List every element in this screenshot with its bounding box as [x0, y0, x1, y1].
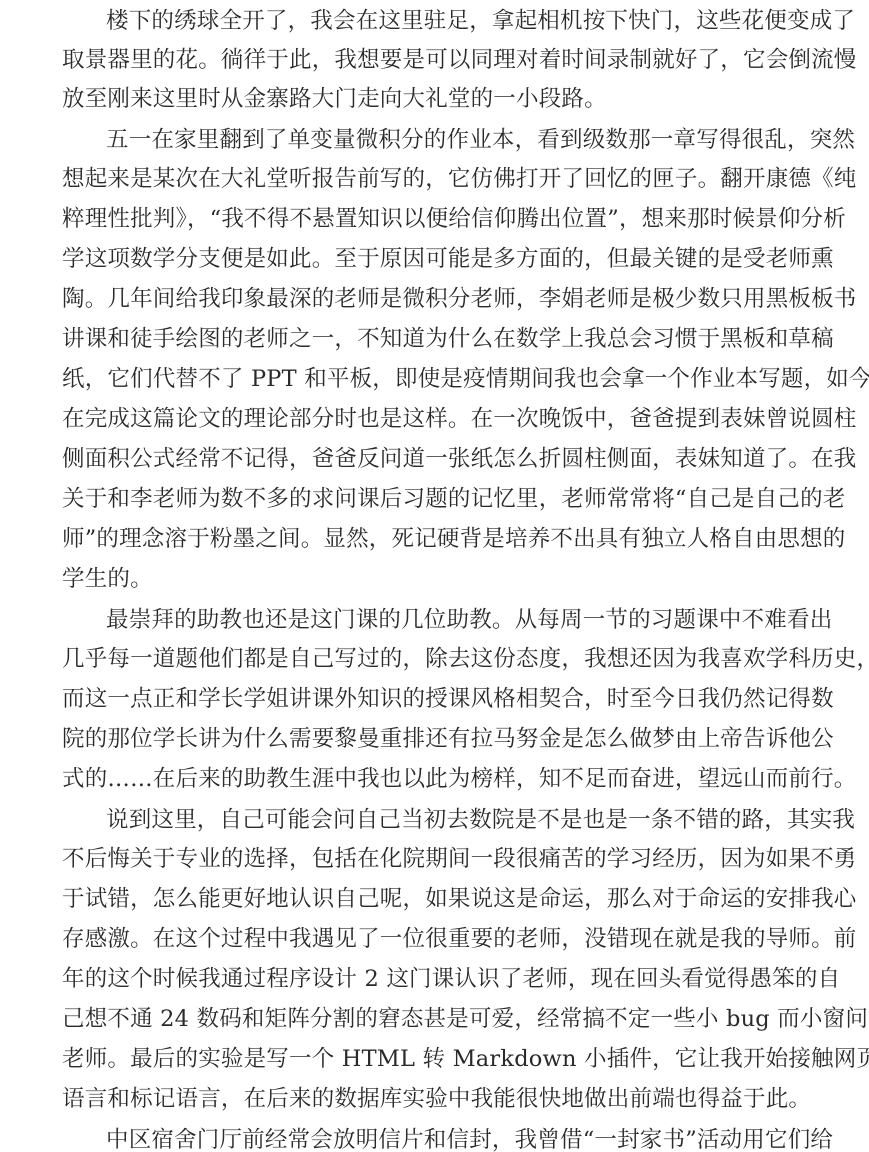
paragraph-2-line-8: 在完成这篇论文的理论部分时也是这样。在一次晚饭中，爸爸提到表妹曾说圆柱: [62, 400, 857, 439]
paragraph-3-line-4: 院的那位学长讲为什么需要黎曼重排还有拉马努金是怎么做梦由上帝告诉他公: [62, 720, 834, 759]
paragraph-2-line-12: 学生的。: [62, 560, 153, 599]
paragraph-2-line-4: 学这项数学分支便是如此。至于原因可能是多方面的，但最关键的是受老师熏: [62, 240, 834, 279]
paragraph-2-line-9: 侧面积公式经常不记得，爸爸反问道一张纸怎么折圆柱侧面，表妹知道了。在我: [62, 440, 857, 479]
paragraph-2-line-5: 陶。几年间给我印象最深的老师是微积分老师，李娟老师是极少数只用黑板板书: [62, 280, 857, 319]
paragraph-3-line-2: 几乎每一道题他们都是自己写过的，除去这份态度，我想还因为我喜欢学科历史，: [62, 640, 869, 679]
paragraph-1-line-3: 放至刚来这里时从金寨路大门走向大礼堂的一小段路。: [62, 80, 607, 119]
paragraph-1-line-2: 取景器里的花。徜徉于此，我想要是可以同理对着时间录制就好了，它会倒流慢: [62, 41, 857, 80]
paragraph-4-line-7: 老师。最后的实验是写一个 HTML 转 Markdown 小插件，它让我开始接触…: [62, 1040, 869, 1079]
paragraph-4-line-8: 语言和标记语言，在后来的数据库实验中我能很快地做出前端也得益于此。: [62, 1080, 811, 1119]
paragraph-2-line-10: 关于和李老师为数不多的求问课后习题的记忆里，老师常常将“自己是自己的老: [62, 480, 846, 519]
paragraph-4-line-5: 年的这个时候我通过程序设计 2 这门课认识了老师，现在回头看觉得愚笨的自: [62, 960, 840, 999]
paragraph-2-line-1: 五一在家里翻到了单变量微积分的作业本，看到级数那一章写得很乱，突然: [106, 121, 855, 160]
paragraph-4-line-1: 说到这里，自己可能会问自己当初去数院是不是也是一条不错的路，其实我: [106, 801, 855, 840]
paragraph-4-line-2: 不后悔关于专业的选择，包括在化院期间一段很痛苦的学习经历，因为如果不勇: [62, 840, 857, 879]
paragraph-2-line-6: 讲课和徒手绘图的老师之一，不知道为什么在数学上我总会习惯于黑板和草稿: [62, 320, 834, 359]
paragraph-1-line-1: 楼下的绣球全开了，我会在这里驻足，拿起相机按下快门，这些花便变成了: [106, 2, 855, 41]
paragraph-5-line-1: 中区宿舍门厅前经常会放明信片和信封，我曾借“一封家书”活动用它们给: [106, 1121, 833, 1152]
paragraph-3-line-5: 式的……在后来的助教生涯中我也以此为榜样，知不足而奋进，望远山而前行。: [62, 760, 857, 799]
paragraph-2-line-11: 师”的理念溶于粉墨之间。显然，死记硬背是培养不出具有独立人格自由思想的: [62, 520, 846, 559]
paragraph-3-line-3: 而这一点正和学长学姐讲课外知识的授课风格相契合，时至今日我仍然记得数: [62, 680, 834, 719]
paragraph-2-line-3: 粹理性批判》，“我不得不悬置知识以便给信仰腾出位置”，想来那时候景仰分析: [62, 200, 846, 239]
paragraph-2-line-2: 想起来是某次在大礼堂听报告前写的，它仿佛打开了回忆的匣子。翻开康德《纯: [62, 160, 857, 199]
paragraph-4-line-3: 于试错，怎么能更好地认识自己呢，如果说这是命运，那么对于命运的安排我心: [62, 880, 857, 919]
paragraph-4-line-6: 己想不通 24 数码和矩阵分割的窘态甚是可爱，经常搞不定一些小 bug 而小窗问: [62, 1000, 868, 1039]
paragraph-2-line-7: 纸，它们代替不了 PPT 和平板，即使是疫情期间我也会拿一个作业本写题，如今: [62, 360, 869, 399]
paragraph-4-line-4: 存感激。在这个过程中我遇见了一位很重要的老师，没错现在就是我的导师。前: [62, 920, 857, 959]
paragraph-3-line-1: 最崇拜的助教也还是这门课的几位助教。从每周一节的习题课中不难看出: [106, 601, 832, 640]
